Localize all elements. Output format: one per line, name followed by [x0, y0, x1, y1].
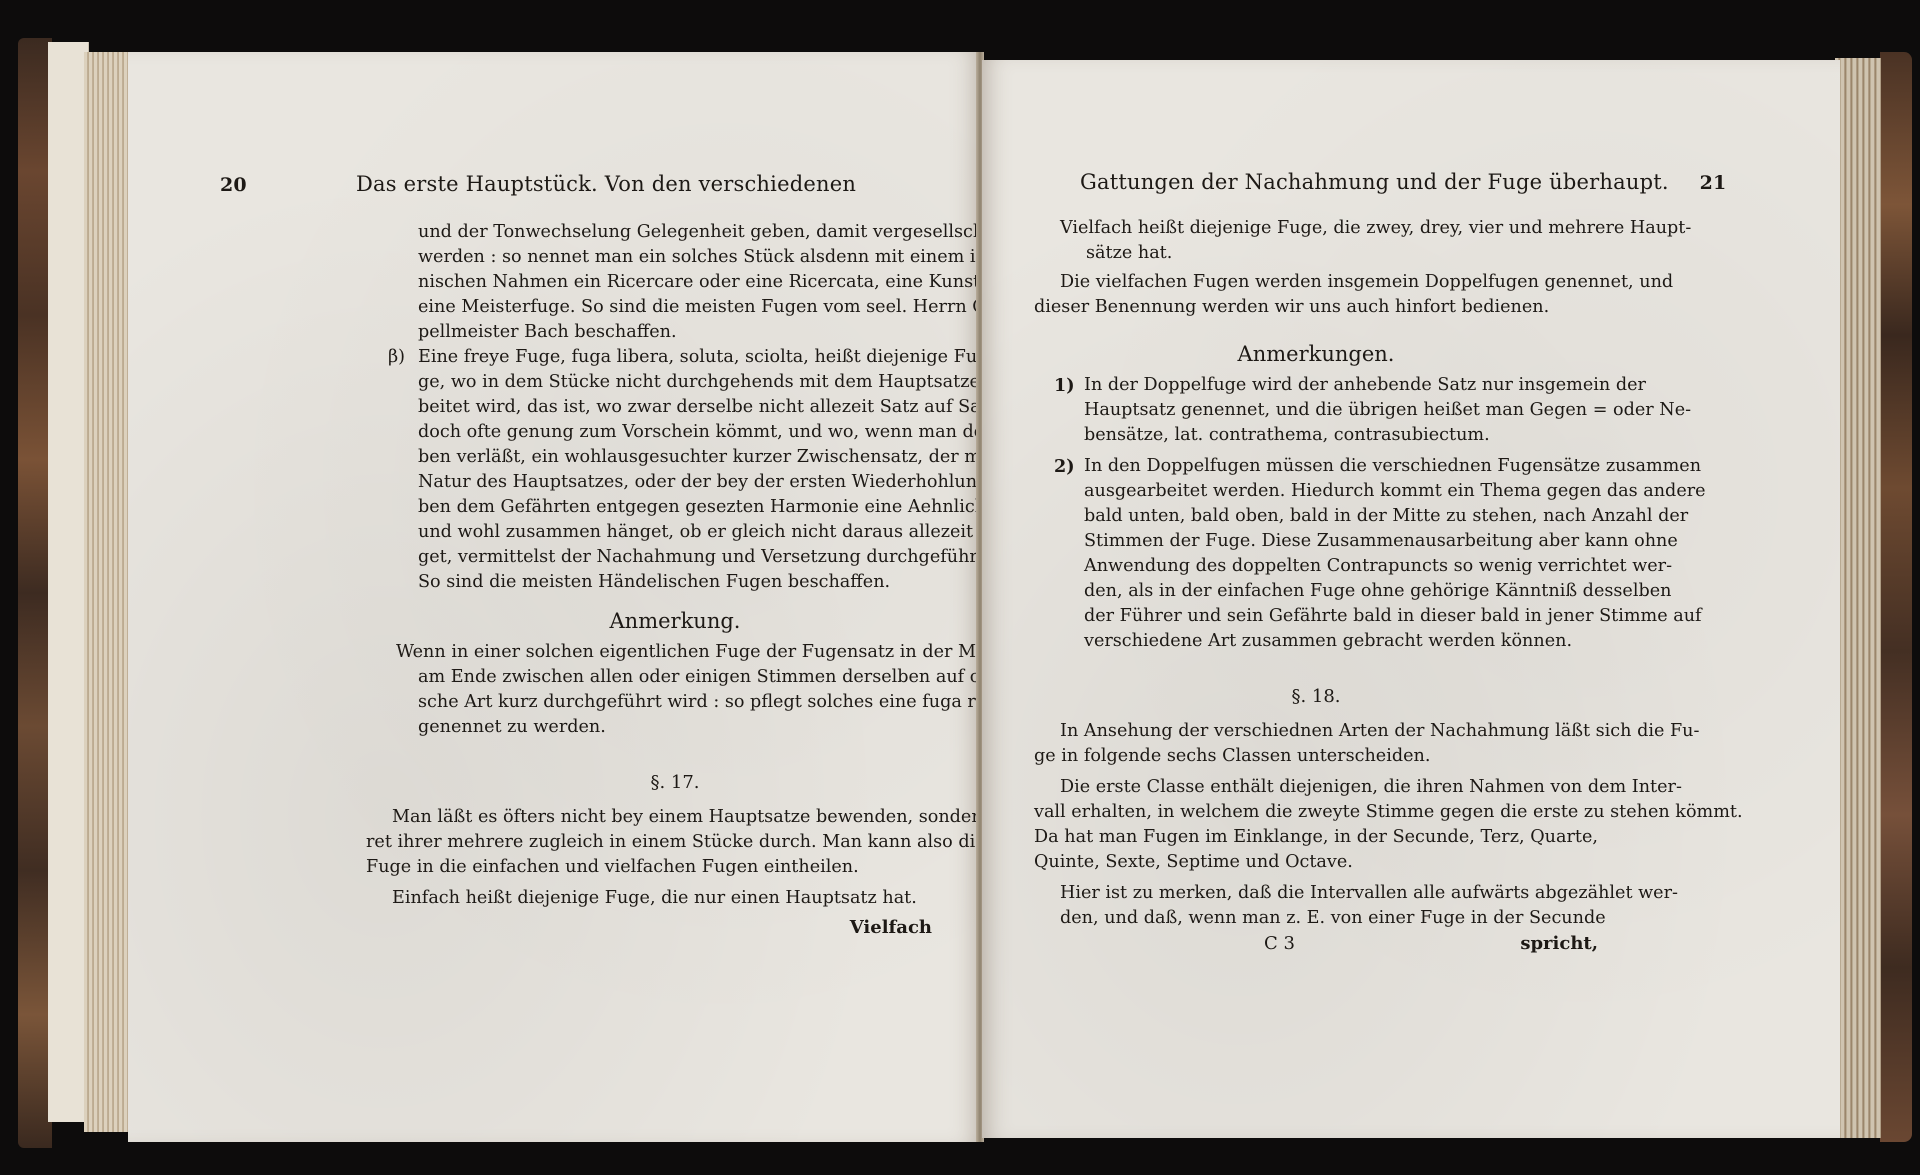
- anmerkung-item-1: 1) In der Doppelfuge wird der anhebende …: [1034, 373, 1598, 448]
- text-line: und wohl zusammen hänget, ob er gleich n…: [418, 520, 932, 545]
- page-number-right: 21: [1700, 172, 1727, 194]
- text-line: verschiedene Art zusammen gebracht werde…: [1084, 629, 1598, 654]
- text-line: und der Tonwechselung Gelegenheit geben,…: [418, 220, 932, 245]
- text-line: pellmeister Bach beschaffen.: [418, 320, 932, 345]
- text-line: Wenn in einer solchen eigentlichen Fuge …: [396, 640, 932, 665]
- running-head-right: Gattungen der Nachahmung und der Fuge üb…: [1080, 170, 1726, 194]
- catchword-right: spricht,: [1520, 931, 1598, 956]
- text-line: Hier ist zu merken, daß die Intervallen …: [1034, 881, 1598, 906]
- anmerkung-body: Wenn in einer solchen eigentlichen Fuge …: [396, 640, 932, 665]
- running-head-left: 20 Das erste Hauptstück. Von den verschi…: [356, 172, 856, 196]
- text-line: am Ende zwischen allen oder einigen Stim…: [418, 665, 932, 690]
- text-line: sche Art kurz durchgeführt wird : so pfl…: [418, 690, 932, 715]
- anmerkung-item-2: 2) In den Doppelfugen müssen die verschi…: [1034, 454, 1598, 654]
- text-line: get, vermittelst der Nachahmung und Vers…: [418, 545, 932, 570]
- text-line: ge in folgende sechs Classen unterscheid…: [1034, 744, 1598, 769]
- text-line: Quinte, Sexte, Septime und Octave.: [1034, 850, 1598, 875]
- flyleaf-left: [48, 42, 89, 1122]
- text-line: ben dem Gefährten entgegen gesezten Harm…: [418, 495, 932, 520]
- right-page-body: Vielfach heißt diejenige Fuge, die zwey,…: [1034, 216, 1598, 957]
- text-line: So sind die meisten Händelischen Fugen b…: [418, 570, 932, 595]
- text-line: Die vielfachen Fugen werden insgemein Do…: [1034, 270, 1598, 295]
- signature-mark: C 3: [1264, 931, 1295, 956]
- text-line: Vielfach heißt diejenige Fuge, die zwey,…: [1034, 216, 1598, 241]
- text-line: dieser Benennung werden wir uns auch hin…: [1034, 295, 1598, 320]
- text-line: bensätze, lat. contrathema, contrasubiec…: [1084, 423, 1598, 448]
- left-page: 20 Das erste Hauptstück. Von den verschi…: [128, 52, 980, 1142]
- text-line: Man läßt es öfters nicht bey einem Haupt…: [366, 805, 932, 830]
- section-18-heading: §. 18.: [1034, 684, 1598, 709]
- text-line: eine Meisterfuge. So sind die meisten Fu…: [418, 295, 932, 320]
- running-head-left-text: Das erste Hauptstück. Von den verschiede…: [356, 172, 856, 196]
- text-line: doch ofte genung zum Vorschein kömmt, un…: [418, 420, 932, 445]
- item-beta: β) Eine freye Fuge, fuga libera, soluta,…: [418, 345, 932, 595]
- text-line: Die erste Classe enthält diejenigen, die…: [1034, 775, 1598, 800]
- text-line: Einfach heißt diejenige Fuge, die nur ei…: [366, 886, 932, 911]
- text-line: Eine freye Fuge, fuga libera, soluta, sc…: [418, 345, 932, 370]
- page-number-left: 20: [220, 174, 247, 196]
- text-line: In den Doppelfugen müssen die verschiedn…: [1084, 454, 1598, 479]
- text-line: nischen Nahmen ein Ricercare oder eine R…: [418, 270, 932, 295]
- left-page-body: und der Tonwechselung Gelegenheit geben,…: [418, 220, 932, 940]
- text-line: den, und daß, wenn man z. E. von einer F…: [1034, 906, 1598, 931]
- page-edges-left: [84, 52, 130, 1132]
- text-line: genennet zu werden.: [418, 715, 932, 740]
- text-line: den, als in der einfachen Fuge ohne gehö…: [1084, 579, 1598, 604]
- text-line: Natur des Hauptsatzes, oder der bey der …: [418, 470, 932, 495]
- text-line: ret ihrer mehrere zugleich in einem Stüc…: [366, 830, 932, 855]
- page-footer-right: C 3 spricht,: [1034, 931, 1598, 957]
- text-line: Fuge in die einfachen und vielfachen Fug…: [366, 855, 932, 880]
- anmerkungen-heading: Anmerkungen.: [1034, 342, 1598, 367]
- item-marker: β): [388, 345, 405, 370]
- text-line: In der Doppelfuge wird der anhebende Sat…: [1084, 373, 1598, 398]
- anmerkung-heading: Anmerkung.: [418, 609, 932, 634]
- item-marker: 1): [1054, 373, 1075, 398]
- text-line: beitet wird, das ist, wo zwar derselbe n…: [418, 395, 932, 420]
- running-head-right-text: Gattungen der Nachahmung und der Fuge üb…: [1080, 170, 1669, 194]
- section-17-heading: §. 17.: [418, 770, 932, 795]
- text-line: Da hat man Fugen im Einklange, in der Se…: [1034, 825, 1598, 850]
- right-page: Gattungen der Nachahmung und der Fuge üb…: [982, 60, 1840, 1138]
- text-line: der Führer und sein Gefährte bald in die…: [1084, 604, 1598, 629]
- text-line: vall erhalten, in welchem die zweyte Sti…: [1034, 800, 1598, 825]
- text-line: werden : so nennet man ein solches Stück…: [418, 245, 932, 270]
- item-marker: 2): [1054, 454, 1075, 479]
- text-line: ge, wo in dem Stücke nicht durchgehends …: [418, 370, 932, 395]
- text-line: ben verläßt, ein wohlausgesuchter kurzer…: [418, 445, 932, 470]
- text-line: Stimmen der Fuge. Diese Zusammenausarbei…: [1084, 529, 1598, 554]
- section-17-body: Man läßt es öfters nicht bey einem Haupt…: [366, 805, 932, 940]
- book-cover-right: [1880, 52, 1912, 1142]
- book-cover-left: [18, 38, 52, 1148]
- text-line: Hauptsatz genennet, und die übrigen heiß…: [1084, 398, 1598, 423]
- text-line: bald unten, bald oben, bald in der Mitte…: [1084, 504, 1598, 529]
- text-line: In Ansehung der verschiednen Arten der N…: [1034, 719, 1598, 744]
- text-line: ausgearbeitet werden. Hiedurch kommt ein…: [1084, 479, 1598, 504]
- text-line: Anwendung des doppelten Contrapuncts so …: [1084, 554, 1598, 579]
- text-line: sätze hat.: [1034, 241, 1598, 266]
- page-edges-right: [1835, 58, 1881, 1138]
- catchword-left: Vielfach: [366, 915, 932, 940]
